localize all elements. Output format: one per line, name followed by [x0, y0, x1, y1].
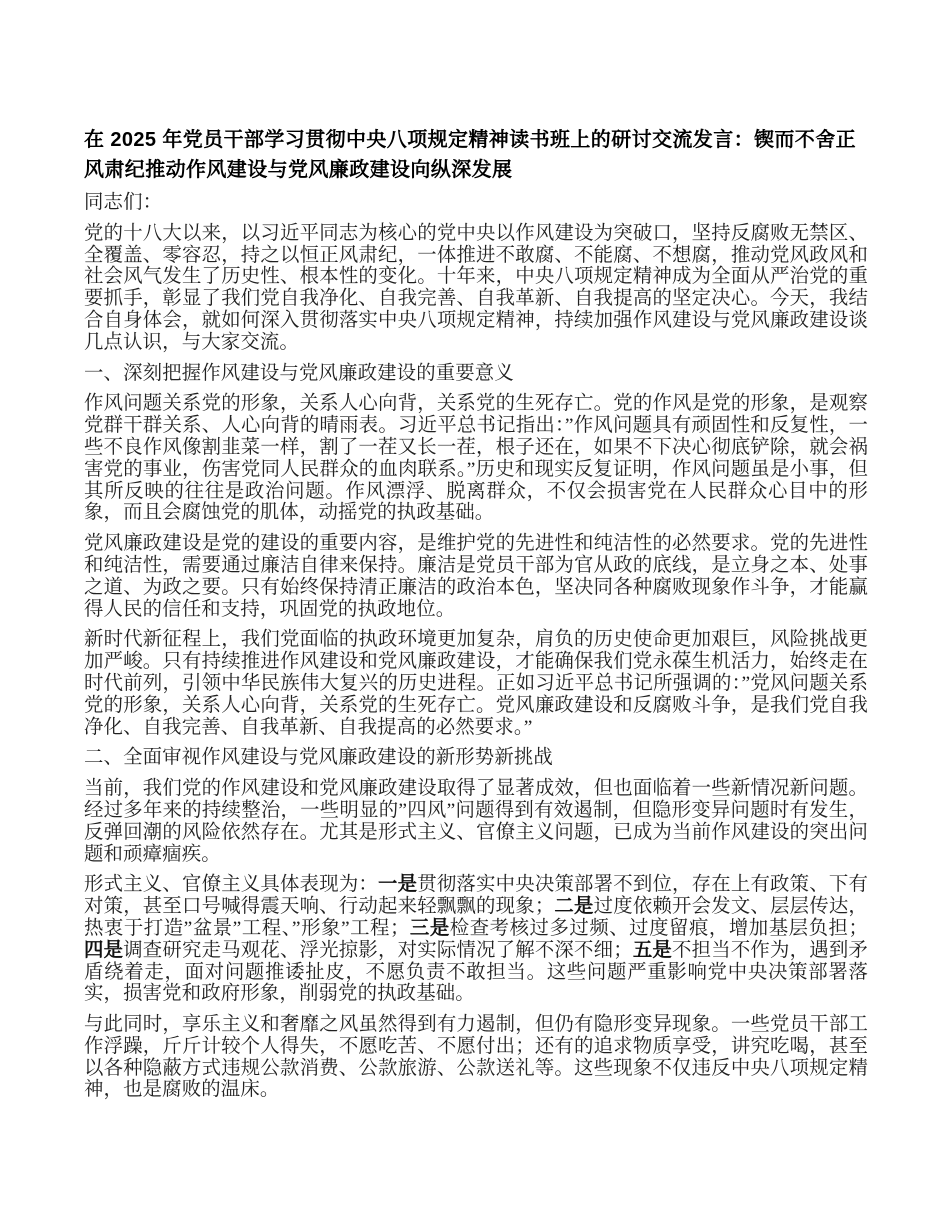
bold-run: 一是 [378, 873, 417, 895]
document-title: 在 2025 年党员干部学习贯彻中央八项规定精神读书班上的研讨交流发言：锲而不舍… [84, 125, 868, 185]
paragraph: 党的十八大以来，以习近平同志为核心的党中央以作风建设为突破口，坚持反腐败无禁区、… [84, 223, 868, 354]
bold-run: 三是 [410, 917, 450, 939]
paragraph: 作风问题关系党的形象，关系人心向背，关系党的生死存亡。党的作风是党的形象，是观察… [84, 393, 868, 524]
bold-run: 二是 [554, 895, 593, 917]
bold-run: 五是 [633, 939, 672, 961]
paragraph: 新时代新征程上，我们党面临的执政环境更加复杂，肩负的历史使命更加艰巨，风险挑战更… [84, 629, 868, 738]
document-body: 党的十八大以来，以习近平同志为核心的党中央以作风建设为突破口，坚持反腐败无禁区、… [84, 223, 868, 1101]
document-page: 在 2025 年党员干部学习贯彻中央八项规定精神读书班上的研讨交流发言：锲而不舍… [0, 0, 950, 1230]
section-heading: 一、深刻把握作风建设与党风廉政建设的重要意义 [84, 363, 868, 385]
paragraph: 形式主义、官僚主义具体表现为：一是贯彻落实中央决策部署不到位，存在上有政策、下有… [84, 874, 868, 1005]
salutation: 同志们： [84, 192, 868, 214]
paragraph: 与此同时，享乐主义和奢靡之风虽然得到有力遏制，但仍有隐形变异现象。一些党员干部工… [84, 1014, 868, 1101]
paragraph: 当前，我们党的作风建设和党风廉政建设取得了显著成效，但也面临着一些新情况新问题。… [84, 778, 868, 865]
bold-run: 四是 [84, 939, 123, 961]
paragraph: 党风廉政建设是党的建设的重要内容，是维护党的先进性和纯洁性的必然要求。党的先进性… [84, 533, 868, 620]
section-heading: 二、全面审视作风建设与党风廉政建设的新形势新挑战 [84, 747, 868, 769]
